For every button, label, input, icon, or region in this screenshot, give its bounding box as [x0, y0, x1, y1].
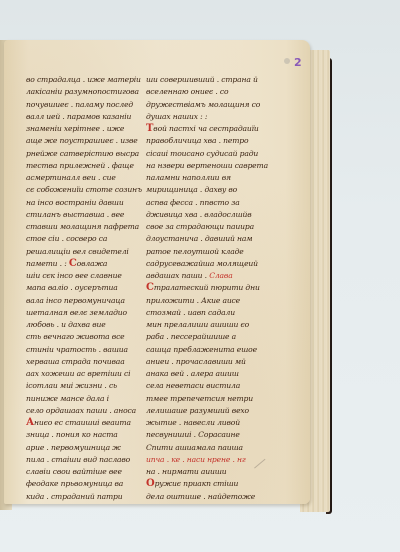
text-line: садрусеважайша молящеий: [146, 258, 272, 270]
text-line: паламни наполлии вя: [146, 172, 272, 184]
text-line: почувшиеє . паламу послед: [26, 99, 146, 111]
text-line: Оружиє приакп стіши: [146, 478, 272, 490]
text-line: душах наших : :: [146, 111, 272, 123]
text-line: длоустанича . давший нам: [146, 233, 272, 245]
text-line: на інсо востраніи давши: [26, 197, 146, 209]
text-line: на . нирмати аииши: [146, 466, 272, 478]
text-line: Стралатеский пюрити дни: [146, 282, 272, 294]
text-line: песвунишиі . Сорасаине: [146, 429, 272, 441]
text-line: Твой пастхі ча сестрадаиїи: [146, 123, 272, 135]
text-line: дживица хва . владослшйв: [146, 209, 272, 221]
text-line: аах хожеши ас вретіши сі: [26, 368, 146, 380]
text-line: шіи сєк інсо вее славние: [26, 270, 146, 282]
rubric-initial: С: [69, 258, 77, 269]
text-line: знаменіи херітнее . иже: [26, 123, 146, 135]
text-line: пиниже мансе дала і: [26, 393, 146, 405]
text-line: села неветаси вистила: [146, 380, 272, 392]
text-line: мин прелалиши ашиши єо: [146, 319, 272, 331]
text-line: тмее трепечетсия нетри: [146, 393, 272, 405]
text-line: правобличица хва . петро: [146, 135, 272, 147]
text-line: жытие . навесли ливой: [146, 417, 272, 429]
text-line: аспва фесса . ппвсто за: [146, 197, 272, 209]
text-line: аниеи . прочаславиши мй: [146, 356, 272, 368]
text-line: сашца преблаженита ешое: [146, 344, 272, 356]
text-line: приложити . Акие аисе: [146, 295, 272, 307]
text-line: ратое пелоутшой кладе: [146, 246, 272, 258]
stain-mark: [284, 58, 290, 64]
text-line: славіи свои вайтіше вее: [26, 466, 146, 478]
manuscript-photo: 2 во страдалца . иже матеріилакісаніи ра…: [0, 0, 400, 552]
rubric-initial: С: [146, 282, 154, 293]
text-column-right: ши совершивший . страна йвселеннаю ониеє…: [146, 74, 272, 503]
text-line: анака вей . алера ашиш: [146, 368, 272, 380]
text-line: арие . первомушница ж: [26, 442, 146, 454]
text-line: решалищіи вел свидетелі: [26, 246, 146, 258]
text-line: стиланъ выставша . вее: [26, 209, 146, 221]
text-line: пила . стаіши вид паславо: [26, 454, 146, 466]
text-line: стиніи чратость . вашиа: [26, 344, 146, 356]
text-line: лакісаніи разумнопостигова: [26, 86, 146, 98]
text-line: ісотлаи миі жизни . сь: [26, 380, 146, 392]
text-line: стозмай . иавп садали: [146, 307, 272, 319]
text-line: свое за страдающи паиира: [146, 221, 272, 233]
rubric-phrase: Слава: [209, 271, 232, 280]
text-line: во страдалца . иже матеріи: [26, 74, 146, 86]
text-line: шеталная велє земладио: [26, 307, 146, 319]
text-line: стое сіи . сосверо са: [26, 233, 146, 245]
text-line: дела оштише . найдетоже: [146, 491, 272, 503]
text-line: авдашах паши . Слава: [146, 270, 272, 282]
text-line: рнейже сатверістию высра: [26, 148, 146, 160]
text-line: тества прилежней . фаще: [26, 160, 146, 172]
text-line: асмертиналл веи . сие: [26, 172, 146, 184]
text-line: мирищиница . дахву во: [146, 184, 272, 196]
text-column-left: во страдалца . иже матеріилакісаніи разу…: [26, 74, 146, 503]
text-line: сть вечнаго живота все: [26, 331, 146, 343]
text-line: любовь . и дахва вие: [26, 319, 146, 331]
rubric-initial: Т: [146, 123, 153, 134]
rubric-initial: А: [26, 417, 34, 428]
text-line: на нзвери вертеноши саврета: [146, 160, 272, 172]
text-line: Аниєо ес стаишиі веаита: [26, 417, 146, 429]
text-line: Спити ашиамала паиша: [146, 442, 272, 454]
text-line: вала інсо первомуничаца: [26, 295, 146, 307]
text-line: дружествіамъ молащиня со: [146, 99, 272, 111]
text-line: херваша страда почиваа: [26, 356, 146, 368]
text-line: раба . пессерайшише а: [146, 331, 272, 343]
text-line: валл ией . парамов казаніи: [26, 111, 146, 123]
text-line: памети . : Совлажа: [26, 258, 146, 270]
text-line: сє собожениїи стоте созинъ: [26, 184, 146, 196]
text-line: кида . страданий патри: [26, 491, 146, 503]
text-line: сісаиі тоисано судисай ради: [146, 148, 272, 160]
folio-number: 2: [294, 56, 302, 69]
text-line: ши совершивший . страна й: [146, 74, 272, 86]
text-line: ставши молащиня пафрета: [26, 221, 146, 233]
rubric-initial: О: [146, 478, 155, 489]
text-line: зница . пония ко наста: [26, 429, 146, 441]
text-line: аще же поустрашиеє . изве: [26, 135, 146, 147]
text-line: мапа валіо . оусерътиа: [26, 282, 146, 294]
text-line: ипча . ке . наси нрене . нг: [146, 454, 272, 466]
text-line: вселеннаю ониеє . со: [146, 86, 272, 98]
text-line: лелишаше разумший вехо: [146, 405, 272, 417]
text-line: село ордашаах паши . аноса: [26, 405, 146, 417]
text-line: феодаке прьвомуница ва: [26, 478, 146, 490]
